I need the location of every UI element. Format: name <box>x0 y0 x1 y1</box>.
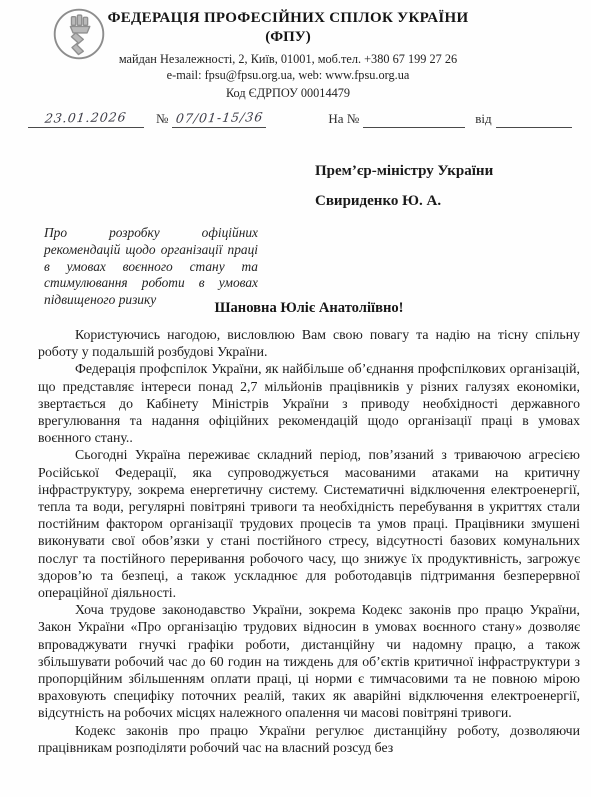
org-edrpou: Код ЄДРПОУ 00014479 <box>88 86 488 101</box>
salutation: Шановна Юліє Анатоліївно! <box>38 300 580 317</box>
incoming-number-blank <box>363 112 465 128</box>
doc-number-label: № <box>152 111 172 128</box>
incoming-number-label: На № <box>324 111 363 128</box>
paragraph: Користуючись нагодою, висловлюю Вам свою… <box>38 326 580 360</box>
doc-number-handwritten: 07/01-15/36 <box>172 110 266 128</box>
org-abbreviation: (ФПУ) <box>88 28 488 46</box>
reference-row: 23.01.2026 № 07/01-15/36 На № від <box>28 102 583 128</box>
org-name: ФЕДЕРАЦІЯ ПРОФЕСІЙНИХ СПІЛОК УКРАЇНИ <box>88 9 488 27</box>
letterhead: ФЕДЕРАЦІЯ ПРОФЕСІЙНИХ СПІЛОК УКРАЇНИ (ФП… <box>88 9 488 101</box>
incoming-date-blank <box>496 112 572 128</box>
incoming-date-label: від <box>471 111 495 128</box>
addressee-name: Свириденко Ю. А. <box>315 186 493 216</box>
addressee-title: Прем’єр-міністру України <box>315 156 493 186</box>
subject-block: Про розробку офіційних рекомендацій щодо… <box>44 225 258 309</box>
paragraph: Федерація профспілок України, як найбіль… <box>38 360 580 446</box>
org-contacts: e-mail: fpsu@fpsu.org.ua, web: www.fpsu.… <box>88 68 488 83</box>
addressee-block: Прем’єр-міністру України Свириденко Ю. А… <box>315 156 493 216</box>
paragraph: Сьогодні Україна переживає складний пері… <box>38 446 580 601</box>
paragraph: Хоча трудове законодавство України, зокр… <box>38 601 580 721</box>
org-address: майдан Незалежності, 2, Київ, 01001, моб… <box>88 52 488 67</box>
letter-page: ФЕДЕРАЦІЯ ПРОФЕСІЙНИХ СПІЛОК УКРАЇНИ (ФП… <box>0 0 591 797</box>
outgoing-date-handwritten: 23.01.2026 <box>28 110 144 128</box>
body-paragraphs: Користуючись нагодою, висловлюю Вам свою… <box>38 326 580 756</box>
paragraph: Кодекс законів про працю України регулює… <box>38 722 580 756</box>
